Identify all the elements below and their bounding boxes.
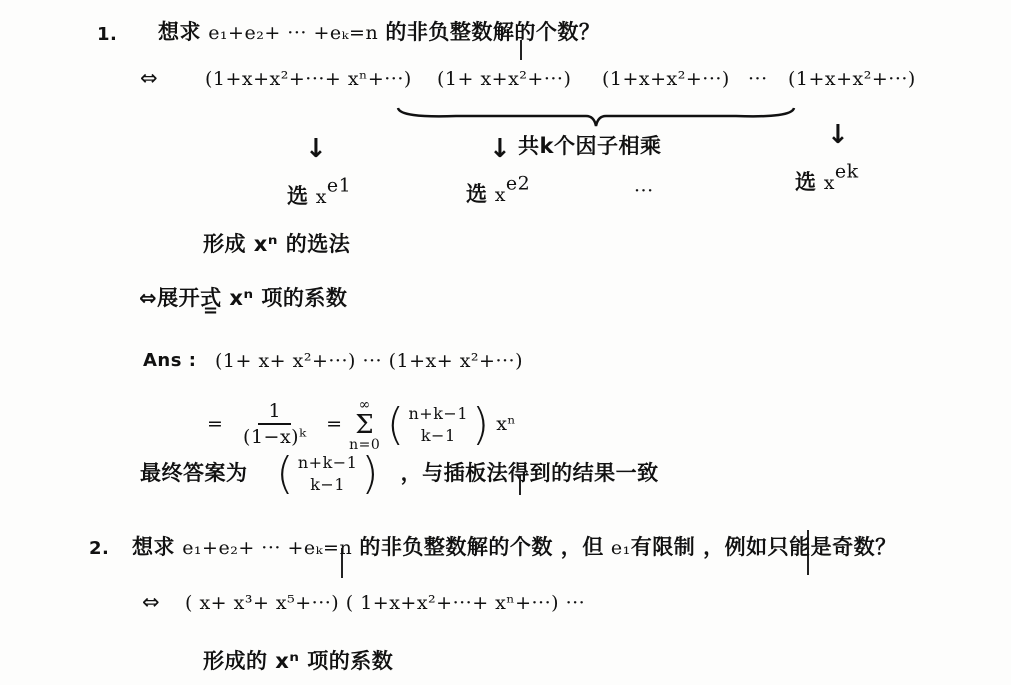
problem-2-form-line: 形成的 xⁿ 项的系数 [203,645,393,675]
factor-3: (1+x+x²+···) [602,68,730,90]
choice-e1: 选 xe1 [287,180,351,210]
summation: ∞ Σ n=0 [349,398,380,452]
factor-ellipsis: ··· [748,68,768,90]
choice-ellipsis: ··· [634,180,654,202]
down-arrow-icon: ↓ [827,122,849,148]
factor-1: (1+x+x²+···+ xⁿ+···) [205,68,412,90]
handwritten-note-page: 1. 想求 e₁+e₂+ ··· +eₖ=n 的非负整数解的个数？ ⇔ (1+x… [0,0,1011,685]
ans-product: (1+ x+ x²+···) ··· (1+x+ x²+···) [215,350,523,372]
brace-label: 共k个因子相乘 [518,130,661,160]
choice-e2: 选 xe2 [466,178,530,208]
equiv-symbol: ⇔ [140,66,158,90]
equiv-symbol-2: ⇔ [142,590,160,614]
ans-equation: = 1 (1−x)ᵏ = ∞ Σ n=0 ( n+k−1 k−1 ) xⁿ [207,398,516,452]
pen-stroke [520,40,522,60]
problem-1-number: 1. [97,24,117,45]
double-underline-icon: = [203,300,218,321]
factor-k: (1+x+x²+···) [788,68,916,90]
problem-2-product: ( x+ x³+ x⁵+···) ( 1+x+x²+···+ xⁿ+···) ·… [185,592,585,614]
down-arrow-icon: ↓ [305,136,327,162]
problem-2-question: 想求 e₁+e₂+ ··· +eₖ=n 的非负整数解的个数 ，但 e₁有限制 ，… [132,531,897,561]
choice-ek: 选 xek [795,166,859,196]
equiv-line: ⇔展开式 xⁿ 项的系数 [139,282,347,312]
underbrace-icon [396,104,796,128]
pen-stroke [519,475,521,495]
problem-2-number: 2. [89,538,109,559]
factor-2: (1+ x+x²+···) [437,68,571,90]
question-prefix: 想求 [158,20,201,44]
binomial: ( n+k−1 k−1 ) [387,403,490,447]
equation: e₁+e₂+ ··· +eₖ=n [208,22,378,44]
down-arrow-icon: ↓ [489,136,511,162]
form-line: 形成 xⁿ 的选法 [203,228,350,258]
ans-label: Ans : [143,350,196,371]
problem-1-question: 想求 e₁+e₂+ ··· +eₖ=n 的非负整数解的个数？ [158,16,600,46]
fraction: 1 (1−x)ᵏ [243,400,306,449]
final-answer: 最终答案为 ( n+k−1 k−1 ) ，与插板法得到的结果一致 [140,452,659,496]
question-tail: 的非负整数解的个数？ [385,20,600,44]
